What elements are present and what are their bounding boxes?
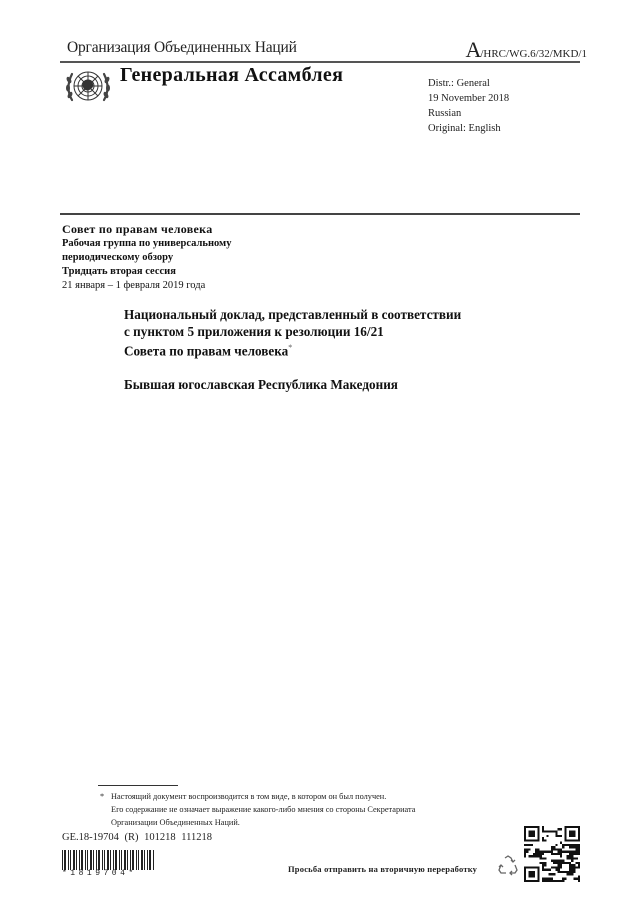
barcode-icon [62, 850, 154, 870]
recycle-icon [496, 855, 520, 877]
footnote-reference[interactable]: * [288, 343, 292, 352]
original-language: Original: English [428, 121, 509, 136]
body-name: Генеральная Ассамблея [120, 64, 343, 87]
footnote-marker: * [100, 790, 104, 803]
session-dates: 21 января – 1 февраля 2019 года [62, 279, 231, 293]
job-number: GE.18-19704 (R) 101218 111218 [62, 832, 212, 843]
council-info: Совет по правам человека Рабочая группа … [62, 221, 231, 293]
distribution-info: Distr.: General 19 November 2018 Russian… [428, 76, 509, 136]
council-name: Совет по правам человека [62, 221, 231, 237]
qr-code-icon [524, 826, 580, 882]
title-line2: с пунктом 5 приложения к резолюции 16/21 [124, 324, 461, 341]
section-rule [60, 213, 580, 215]
recycle-text: Просьба отправить на вторичную переработ… [288, 864, 477, 874]
footnote-rule [98, 785, 178, 786]
organization-name: Организация Объединенных Наций [67, 39, 297, 57]
working-group-line1: Рабочая группа по универсальному [62, 237, 231, 251]
footnote-line3: Организации Объединенных Наций. [111, 816, 415, 829]
symbol-rest: /HRC/WG.6/32/MKD/1 [480, 48, 587, 60]
working-group-line2: периодическому обзору [62, 251, 231, 265]
footnote-line2: Его содержание не означает выражение как… [111, 803, 415, 816]
document-title: Национальный доклад, представленный в со… [124, 307, 461, 360]
un-emblem-icon [63, 64, 113, 108]
symbol-prefix: A [465, 37, 480, 62]
title-line1: Национальный доклад, представленный в со… [124, 307, 461, 324]
title-line3: Совета по правам человека [124, 343, 288, 358]
header-rule [60, 61, 580, 63]
document-language: Russian [428, 106, 509, 121]
document-date: 19 November 2018 [428, 91, 509, 106]
barcode-text: *1819704* [62, 869, 137, 878]
footnote-line1: Настоящий документ воспроизводится в том… [111, 790, 415, 803]
country-name: Бывшая югославская Республика Македония [124, 377, 398, 393]
session-name: Тридцать вторая сессия [62, 265, 231, 279]
distribution-type: Distr.: General [428, 76, 509, 91]
document-symbol: A/HRC/WG.6/32/MKD/1 [465, 37, 587, 63]
footnote: * Настоящий документ воспроизводится в т… [111, 790, 415, 829]
